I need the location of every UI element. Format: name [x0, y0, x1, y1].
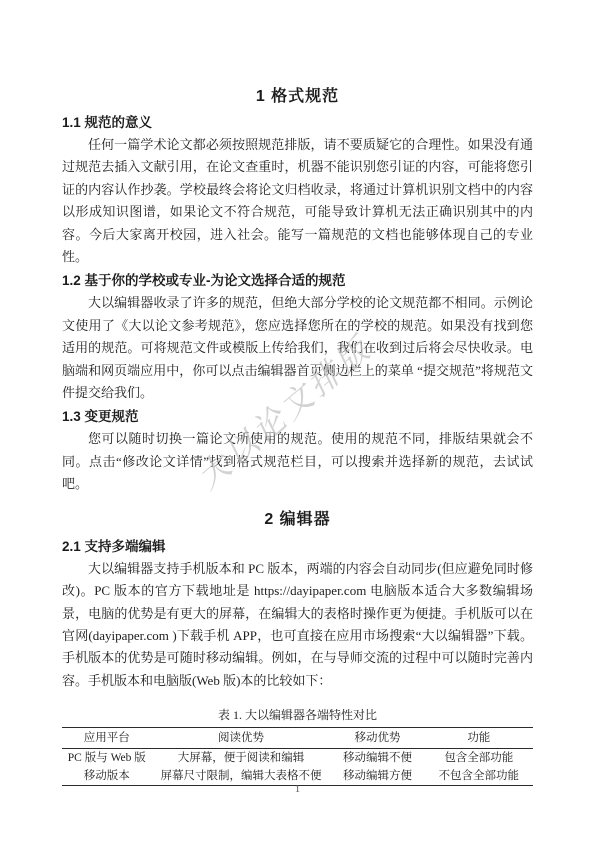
table-cell: 移动版本: [62, 767, 151, 786]
comparison-table: 应用平台 阅读优势 移动优势 功能 PC 版与 Web 版 大屏幕，便于阅读和编…: [62, 727, 533, 786]
table-row-pc-web: PC 版与 Web 版 大屏幕，便于阅读和编辑 移动编辑不便 包含全部功能: [62, 749, 533, 768]
paragraph-1-3: 您可以随时切换一篇论文所使用的规范。使用的规范不同，排版结果就会不同。点击“修改…: [62, 428, 533, 495]
table-cell: 不包含全部功能: [425, 767, 533, 786]
table-cell: PC 版与 Web 版: [62, 749, 151, 768]
column-header-platform: 应用平台: [62, 728, 151, 749]
table-cell: 大屏幕，便于阅读和编辑: [151, 749, 330, 768]
table-header-row: 应用平台 阅读优势 移动优势 功能: [62, 728, 533, 749]
section-heading-1-2: 1.2 基于你的学校或专业-为论文选择合适的规范: [62, 271, 533, 290]
table-caption: 表 1. 大以编辑器各端特性对比: [62, 707, 533, 724]
table-row-mobile: 移动版本 屏幕尺寸限制，编辑大表格不便 移动编辑方便 不包含全部功能: [62, 767, 533, 786]
column-header-mobility: 移动优势: [330, 728, 424, 749]
paragraph-1-2: 大以编辑器收录了许多的规范，但绝大部分学校的论文规范都不相同。示例论文使用了《大…: [62, 292, 533, 404]
page-number: 1: [0, 784, 595, 795]
table-cell: 移动编辑不便: [330, 749, 424, 768]
table-cell: 屏幕尺寸限制，编辑大表格不便: [151, 767, 330, 786]
column-header-reading: 阅读优势: [151, 728, 330, 749]
table-cell: 包含全部功能: [425, 749, 533, 768]
section-heading-1-3: 1.3 变更规范: [62, 407, 533, 426]
table-cell: 移动编辑方便: [330, 767, 424, 786]
document-page: 大以论文排版 1 格式规范 1.1 规范的意义 任何一篇学术论文都必须按照规范排…: [0, 0, 595, 842]
paragraph-2-1: 大以编辑器支持手机版本和 PC 版本，两端的内容会自动同步(但应避免同时修改)。…: [62, 558, 533, 692]
paragraph-1-1: 任何一篇学术论文都必须按照规范排版，请不要质疑它的合理性。如果没有通过规范去插入…: [62, 134, 533, 268]
section-heading-1-1: 1.1 规范的意义: [62, 113, 533, 132]
chapter-1-title: 1 格式规范: [62, 86, 533, 108]
column-header-features: 功能: [425, 728, 533, 749]
chapter-2-title: 2 编辑器: [62, 509, 533, 531]
section-heading-2-1: 2.1 支持多端编辑: [62, 537, 533, 556]
